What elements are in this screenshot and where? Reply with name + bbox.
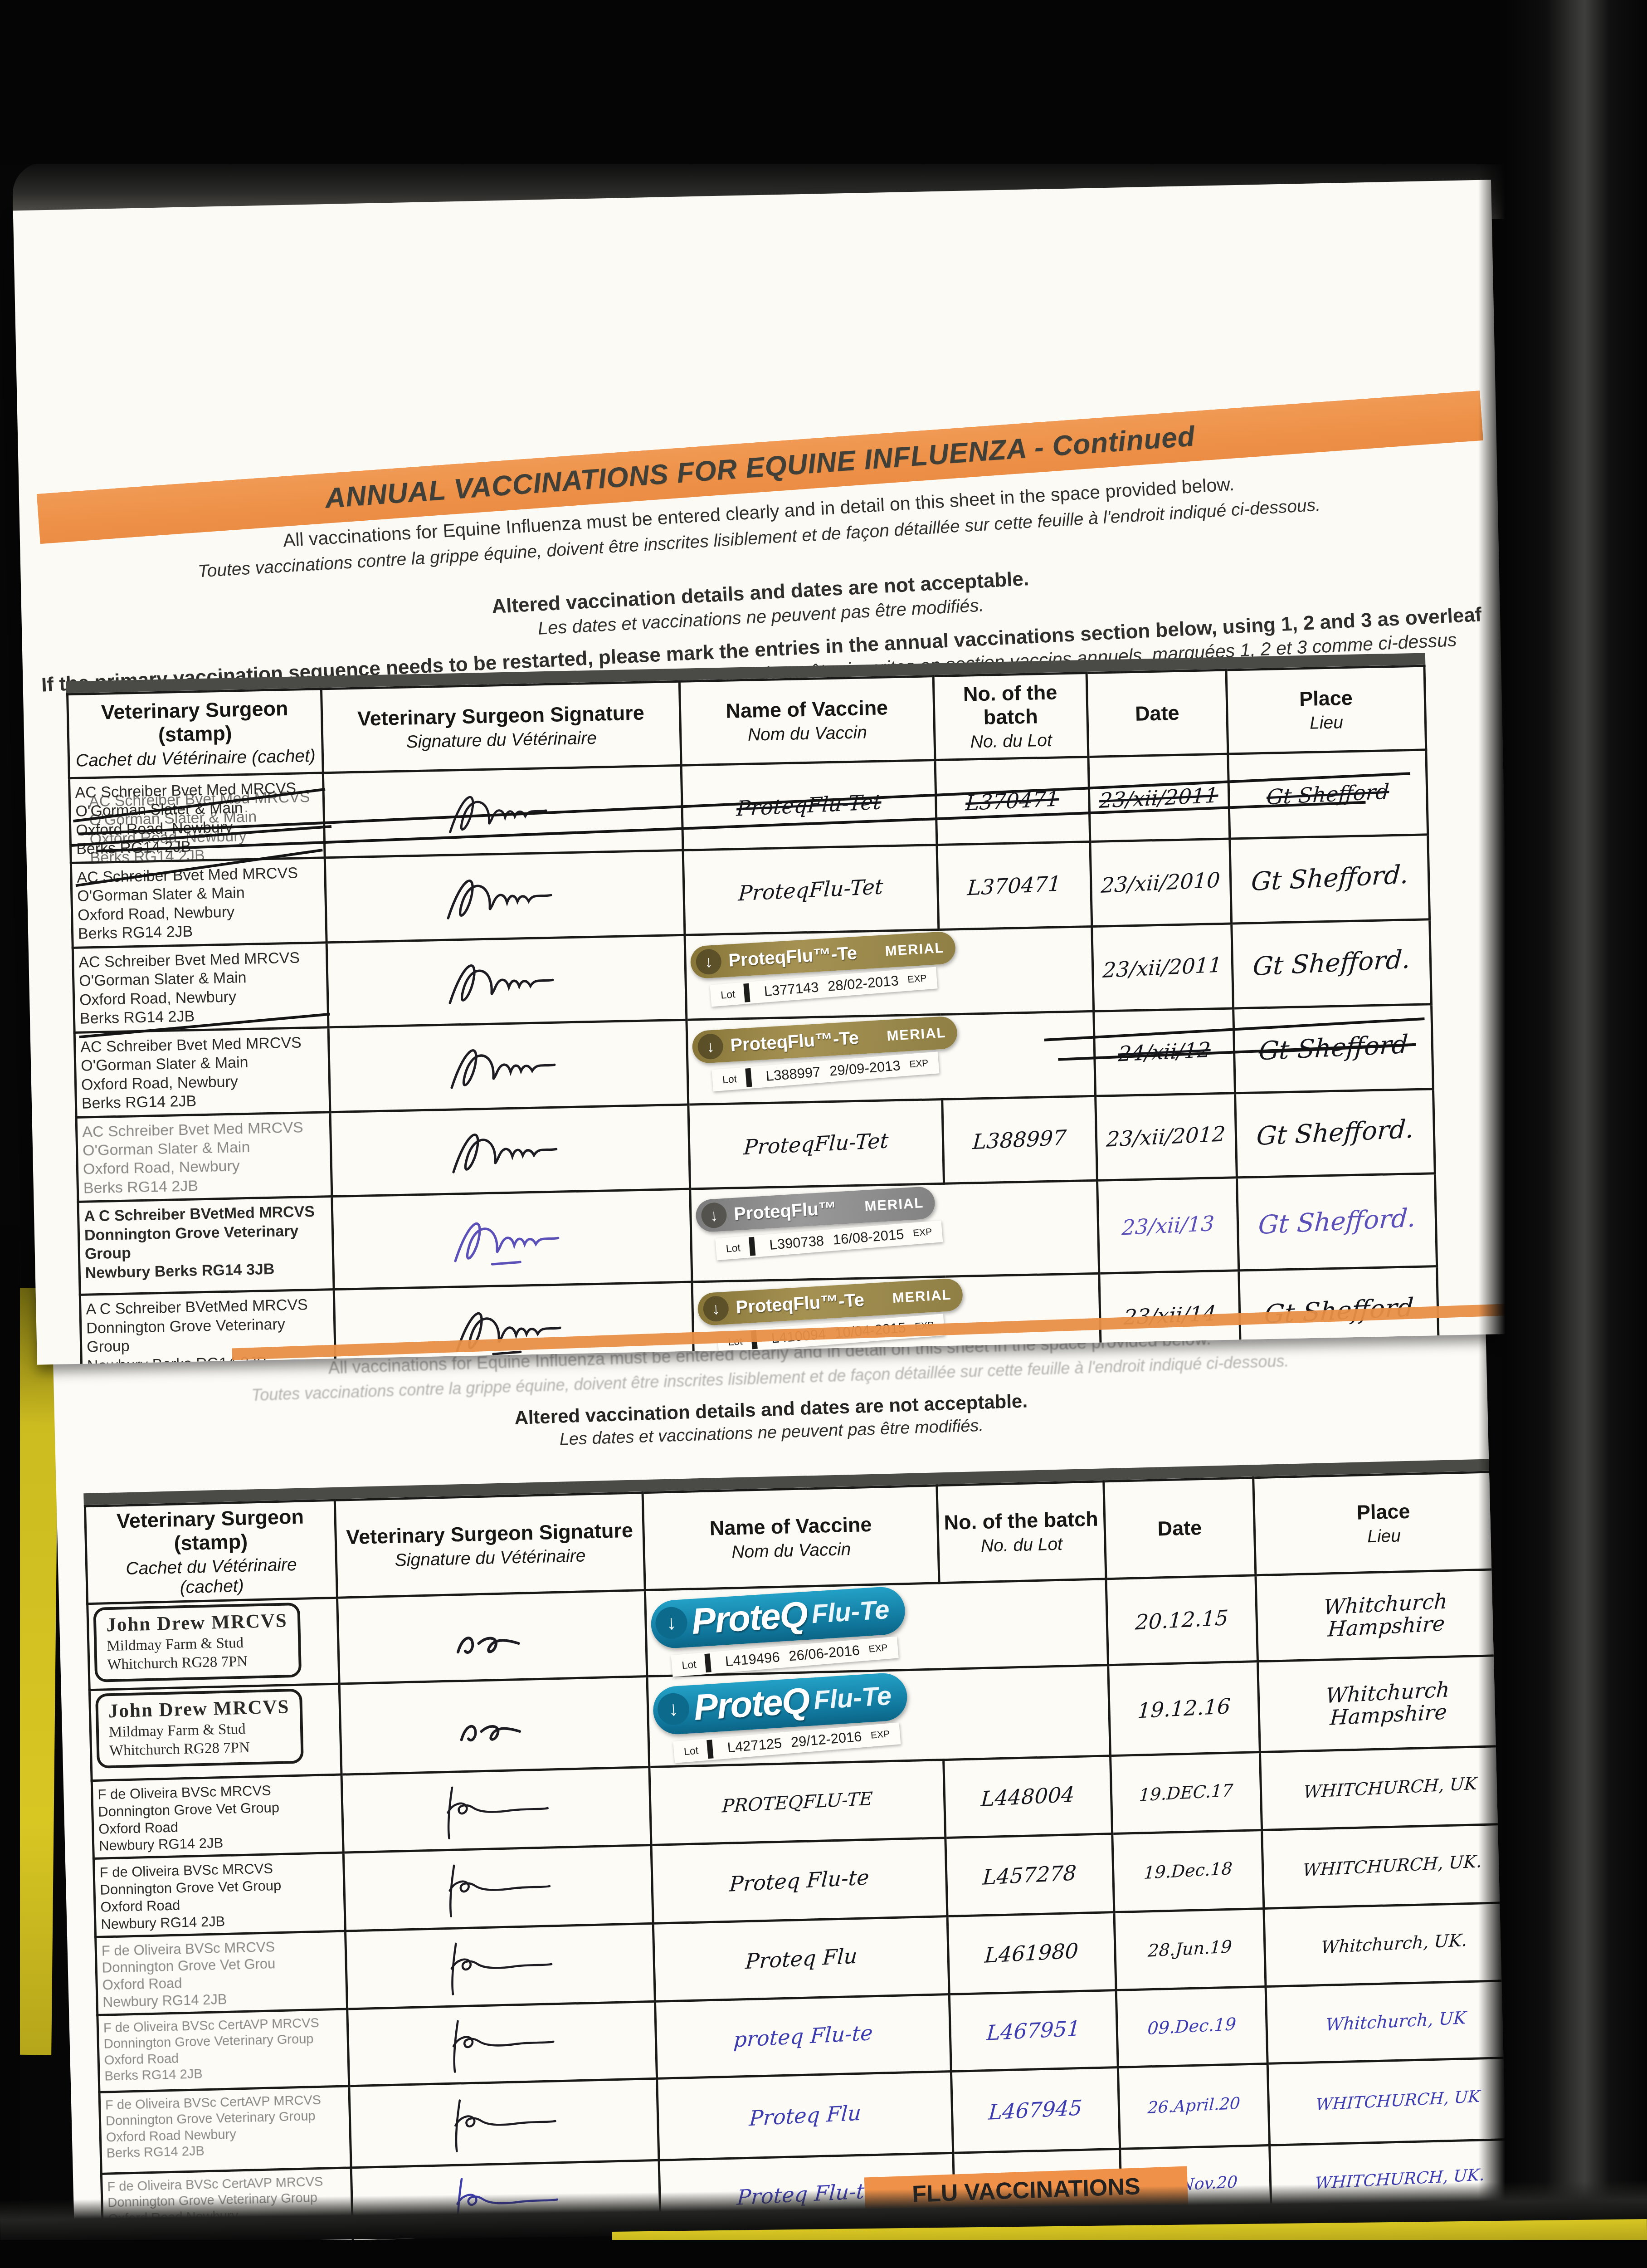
vaccination-place: Whitchurch, UK bbox=[1325, 2009, 1467, 2034]
signature bbox=[434, 863, 575, 934]
vaccine-sticker-gold: ↓ProteqFlu™-TeMERIAL Lot▌L37714328/02-20… bbox=[690, 931, 958, 1005]
vaccination-date: 28.Jun.19 bbox=[1147, 1938, 1232, 1960]
signature bbox=[439, 1117, 581, 1188]
vaccine-name-handwritten: PROTEQFLU-TE bbox=[721, 1789, 873, 1816]
vet-stamp: John Drew MRCVSMildmay Farm & StudWhitch… bbox=[95, 1689, 303, 1769]
sticker-brand: MERIAL bbox=[892, 1287, 952, 1307]
barcode-icon: ▌ bbox=[705, 1656, 717, 1669]
vaccine-name-handwritten: Proteq Flu-te bbox=[729, 1866, 870, 1895]
sticker-lot-number: L388997 bbox=[765, 1064, 821, 1085]
sticker-lot-number: L419496 bbox=[725, 1649, 780, 1670]
sticker-vaccine-name: ProteqFlu™-Te bbox=[735, 1290, 865, 1318]
vaccination-place: WHITCHURCH, UK bbox=[1315, 2088, 1481, 2114]
sticker-expiry: 16/08-2015 bbox=[832, 1227, 904, 1248]
sticker-vaccine-name-suffix: Flu-Te bbox=[811, 1594, 891, 1629]
sticker-lot-number: L427125 bbox=[727, 1735, 783, 1756]
vaccine-sticker-blue: ↓ProteQFlu-Te Lot▌L42712529/12-2016EXP bbox=[652, 1672, 911, 1762]
signature bbox=[429, 1858, 567, 1921]
page-lower: All vaccinations for Equine Influenza mu… bbox=[53, 1310, 1507, 2247]
vaccination-date: 20.12.15 bbox=[1135, 1607, 1229, 1633]
vet-stamp: AC Schreiber Bvet Med MRCVSO'Gorman Slat… bbox=[80, 1031, 324, 1113]
sticker-vaccine-name-suffix: Flu-Te bbox=[813, 1680, 893, 1716]
batch-number: L448004 bbox=[980, 1784, 1075, 1810]
vaccination-date: 19.12.16 bbox=[1137, 1695, 1231, 1722]
vet-stamp: AC Schreiber Bvet Med MRCVSO'Gorman Slat… bbox=[78, 946, 322, 1028]
arrow-down-icon: ↓ bbox=[657, 1692, 690, 1726]
col-header-stamp: Veterinary Surgeon (stamp)Cachet du Vété… bbox=[85, 1500, 337, 1603]
vaccine-name-handwritten: Proteq Flu bbox=[745, 1945, 858, 1973]
vaccination-date: 23/xii/2010 bbox=[1101, 869, 1221, 896]
sticker-expiry: 26/06-2016 bbox=[788, 1642, 860, 1664]
photo-black-bottom bbox=[0, 2240, 1647, 2268]
vaccine-name-handwritten: ProteqFlu-Tet bbox=[743, 1130, 889, 1158]
vaccination-place-2: Hampshire bbox=[1327, 1612, 1446, 1640]
sticker-expiry: 29/09-2013 bbox=[829, 1057, 901, 1079]
sticker-expiry: 29/12-2016 bbox=[790, 1728, 862, 1750]
sticker-vaccine-name: ProteQ bbox=[693, 1680, 811, 1729]
vaccination-place-2: Hampshire bbox=[1329, 1701, 1447, 1728]
signature bbox=[437, 1032, 579, 1103]
vaccine-name-handwritten: Proteq Flu bbox=[748, 2102, 862, 2130]
sticker-brand: MERIAL bbox=[885, 939, 945, 959]
vet-stamp: John Drew MRCVSMildmay Farm & StudWhitch… bbox=[93, 1603, 301, 1682]
batch-number: L467945 bbox=[988, 2097, 1083, 2123]
arrow-down-icon: ↓ bbox=[702, 1295, 729, 1322]
vaccination-place: WHITCHURCH, UK bbox=[1303, 1774, 1477, 1801]
vaccine-sticker-blue: ↓ProteQFlu-Te Lot▌L41949626/06-2016EXP bbox=[650, 1586, 908, 1676]
col-header-batch: No. of the batchNo. du Lot bbox=[937, 1481, 1106, 1583]
arrow-down-icon: ↓ bbox=[695, 948, 722, 975]
scanned-vaccination-record-photo: ANNUAL VACCINATIONS FOR EQUINE INFLUENZA… bbox=[0, 0, 1647, 2268]
signature bbox=[432, 1937, 569, 1999]
arrow-down-icon: ↓ bbox=[701, 1202, 727, 1229]
vaccination-place: Whitchurch, UK. bbox=[1321, 1931, 1467, 1957]
barcode-icon: ▌ bbox=[746, 1071, 757, 1084]
vaccination-date: 23/xii/13 bbox=[1121, 1212, 1215, 1239]
signature bbox=[442, 1608, 543, 1669]
vaccine-sticker-gold: ↓ProteqFlu™-TeMERIAL Lot▌L38899729/09-20… bbox=[691, 1016, 959, 1090]
page-upper: ANNUAL VACCINATIONS FOR EQUINE INFLUENZA… bbox=[13, 180, 1515, 1365]
vaccination-date: 09.Dec.19 bbox=[1147, 2015, 1237, 2038]
vaccine-name-handwritten: ProteqFlu-Tet bbox=[736, 791, 882, 819]
signature bbox=[446, 1698, 543, 1757]
vaccination-date: 23/xii/2012 bbox=[1106, 1123, 1226, 1151]
sticker-expiry: 28/02-2013 bbox=[827, 973, 899, 994]
batch-number: L457278 bbox=[982, 1862, 1077, 1888]
vet-stamp: A C Schreiber BVetMed MRCVSDonnington Gr… bbox=[84, 1201, 328, 1283]
batch-number: L388997 bbox=[972, 1127, 1067, 1153]
arrow-down-icon: ↓ bbox=[655, 1606, 688, 1640]
vaccination-table-2: Veterinary Surgeon (stamp)Cachet du Vété… bbox=[83, 1458, 1507, 2247]
sticker-vaccine-name: ProteqFlu™-Te bbox=[730, 1027, 859, 1056]
photo-black-left bbox=[0, 1225, 20, 2268]
col-header-place: PlaceLieu bbox=[1253, 1471, 1507, 1575]
col-header-stamp: Veterinary Surgeon (stamp)Cachet du Vété… bbox=[68, 689, 323, 778]
vaccination-date: 19.Dec.18 bbox=[1143, 1860, 1233, 1882]
col-header-vaccine: Name of VaccineNom du Vaccin bbox=[679, 676, 935, 766]
sticker-lot-number: L377143 bbox=[763, 979, 819, 1000]
signature bbox=[428, 1780, 565, 1843]
sticker-brand: MERIAL bbox=[886, 1024, 946, 1044]
vaccination-place: WHITCHURCH, UK. bbox=[1302, 1853, 1482, 1880]
signature bbox=[435, 2094, 573, 2156]
sticker-vaccine-name: ProteQ bbox=[691, 1593, 809, 1642]
photo-black-right-edge bbox=[1478, 0, 1647, 2214]
vaccination-date: 23/xii/2011 bbox=[1102, 953, 1223, 981]
vaccination-date: 19.DEC.17 bbox=[1139, 1782, 1233, 1804]
signature bbox=[435, 947, 577, 1018]
col-header-vaccine: Name of VaccineNom du Vaccin bbox=[643, 1486, 939, 1590]
sticker-vaccine-name: ProteqFlu™-Te bbox=[728, 943, 858, 971]
barcode-icon: ▌ bbox=[744, 986, 755, 999]
col-header-date: Date bbox=[1104, 1478, 1256, 1579]
col-header-date: Date bbox=[1087, 670, 1228, 757]
vet-stamp: F de Oliveira BVSc CertAVP MRCVSDonningt… bbox=[103, 2013, 343, 2085]
sticker-lot-number: L390738 bbox=[769, 1233, 824, 1254]
sticker-brand: MERIAL bbox=[864, 1195, 924, 1215]
barcode-icon: ▌ bbox=[707, 1742, 719, 1755]
vaccination-table-1: Veterinary Surgeon (stamp)Cachet du Vété… bbox=[66, 653, 1440, 1364]
vaccination-place: Gt Shefford. bbox=[1252, 947, 1411, 981]
vet-stamp: AC Schreiber Bvet Med MRCVSO'Gorman Slat… bbox=[82, 1116, 326, 1198]
vet-stamp: AC Schreiber Bvet Med MRCVSO'Gorman Slat… bbox=[77, 861, 321, 943]
vaccination-date: 26.April.20 bbox=[1147, 2095, 1241, 2117]
col-header-place: PlaceLieu bbox=[1226, 666, 1426, 754]
arrow-down-icon: ↓ bbox=[697, 1033, 724, 1060]
photo-black-top bbox=[0, 0, 1647, 164]
vaccination-place: Gt Shefford. bbox=[1250, 862, 1409, 896]
vet-stamp: F de Oliveira BVSc MRCVSDonnington Grove… bbox=[99, 1857, 339, 1933]
batch-number: L461980 bbox=[984, 1940, 1079, 1966]
signature bbox=[434, 2014, 571, 2077]
batch-number: L467951 bbox=[986, 2017, 1081, 2044]
vaccination-place: Gt Shefford. bbox=[1257, 1205, 1416, 1239]
vaccine-name-handwritten: ProteqFlu-Tet bbox=[738, 875, 884, 904]
vaccine-sticker-gray: ↓ProteqFlu™MERIAL Lot▌L39073816/08-2015E… bbox=[695, 1186, 942, 1259]
vaccine-name-handwritten: proteq Flu-te bbox=[733, 2022, 873, 2051]
vaccination-place: Gt Shefford. bbox=[1256, 1116, 1414, 1150]
col-header-signature: Veterinary Surgeon SignatureSignature du… bbox=[321, 681, 681, 773]
vet-stamp: F de Oliveira BVSc CertAVP MRCVSDonningt… bbox=[105, 2090, 345, 2161]
batch-number: L370471 bbox=[967, 872, 1062, 899]
col-header-batch: No. of the batchNo. du Lot bbox=[933, 673, 1088, 760]
sticker-vaccine-name: ProteqFlu™ bbox=[733, 1198, 837, 1224]
vet-stamp: F de Oliveira BVSc MRCVSDonnington Grove… bbox=[97, 1779, 337, 1855]
col-header-signature: Veterinary Surgeon SignatureSignature du… bbox=[335, 1493, 645, 1598]
barcode-icon: ▌ bbox=[749, 1240, 760, 1253]
vet-stamp: F de Oliveira BVSc MRCVSDonnington Grove… bbox=[101, 1935, 341, 2011]
signature bbox=[441, 1206, 583, 1276]
